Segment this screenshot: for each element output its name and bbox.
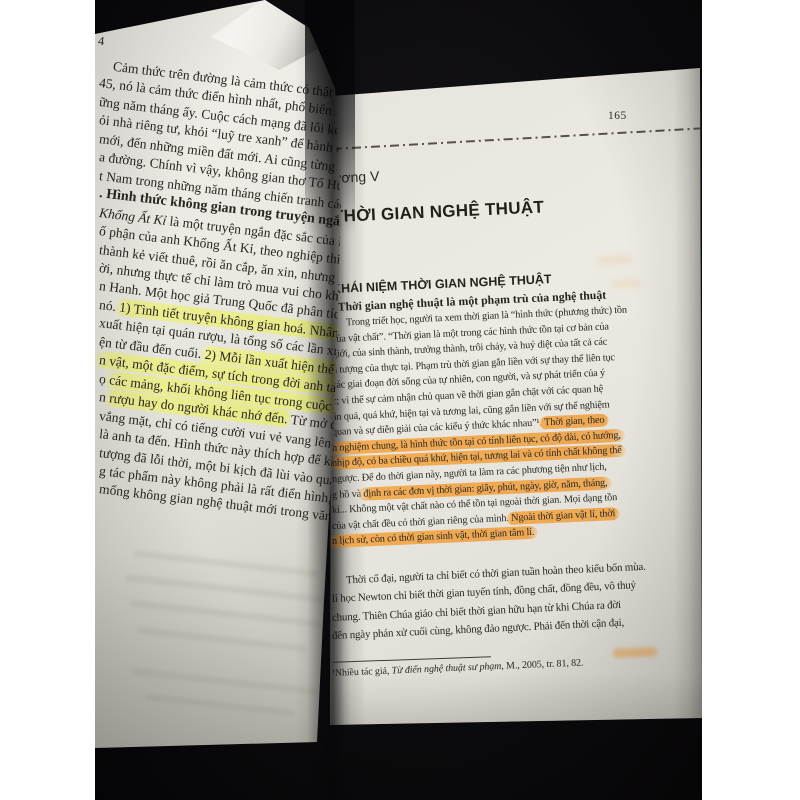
left-page-bottom-shading [95, 550, 347, 770]
text-segment: Từ điển nghệ thuật sư phạm [391, 661, 501, 677]
body-paragraph-2: Thời cổ đại, người ta chỉ biết có thời g… [332, 572, 672, 646]
page-number-right: 165 [608, 110, 627, 122]
footnote: ¹Nhiều tác giả, Từ điển nghệ thuật sư ph… [332, 668, 662, 679]
book-photograph: 165 ương V THỜI GIAN NGHỆ THUẬT KHÁI NIỆ… [95, 0, 702, 800]
header-dash-rule [333, 127, 702, 150]
text-segment: ¹Nhiều tác giả, [332, 666, 392, 679]
highlight-smudge [613, 647, 657, 658]
footnote-line: ¹Nhiều tác giả, Từ điển nghệ thuật sư ph… [332, 654, 662, 679]
text-segment: , M., 2005, tr. 81, 82. [501, 657, 584, 671]
right-page: 165 ương V THỜI GIAN NGHỆ THUẬT KHÁI NIỆ… [320, 58, 702, 732]
page-number-left: 4 [97, 34, 105, 50]
left-page: 4 Cảm thức trên đường là cảm thức có thậ… [95, 0, 347, 800]
bleed-through-mark [598, 255, 632, 264]
right-page-bottom-shading [320, 672, 702, 732]
highlighted-text: Thời gian, theo [540, 414, 609, 430]
body-paragraph-1: Trong triết học, người ta xem thời gian … [332, 316, 672, 550]
book-photo-canvas: { "colors": { "background": "#0c0b0d", "… [0, 0, 800, 800]
bleed-through-mark [612, 280, 640, 288]
